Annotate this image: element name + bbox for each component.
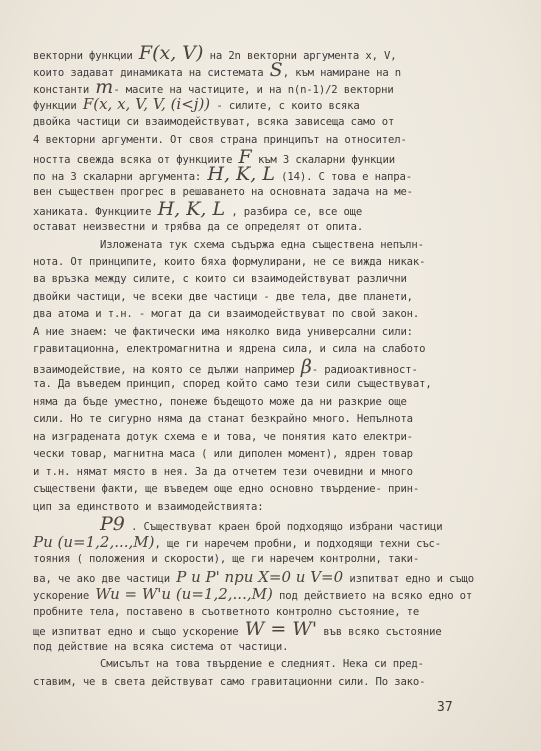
line-text: ускорение [33,590,95,602]
text-line: ускорение Wu = W'u (u=1,2,...,M) под дей… [33,588,472,602]
line-text: , разбира се, все още [225,206,362,218]
line-text: та. Да въведем принцип, според който сам… [33,378,432,390]
line-text: , към намиране на n [283,67,401,79]
line-text: двойка частици си взаимодействуват, всяк… [33,116,394,128]
text-line: двойка частици си взаимодействуват, всяк… [33,116,394,128]
line-text: нота. От принципите, които бяха формулир… [33,256,425,268]
text-line: чески товар, магнитна маса ( или диполен… [33,448,413,460]
text-line: съществени факти, ще въведем още едно ос… [33,483,419,495]
text-line: два атома и т.н. - могат да си взаимодей… [33,308,419,320]
line-text: на изградената дотук схема е и това, че … [33,431,413,443]
line-text: гравитационна, електромагнитна и ядрена … [33,343,425,355]
line-text: . Съществуват краен брой подходящо избра… [125,521,443,533]
line-text: под действие на всяка система от частици… [33,641,288,653]
text-line: които задават динамиката на системата S,… [33,64,401,79]
line-text: функции [33,100,83,112]
handwritten-formula: Wu = W'u (u=1,2,...,M) [95,585,273,603]
line-text: Изложената тук схема съдържа една същест… [100,239,424,251]
line-text: 4 векторни аргументи. От своя страна при… [33,134,407,146]
handwritten-formula: W = W' [245,618,317,640]
text-line: вен съществен прогрес в решаването на ос… [33,186,413,198]
text-line: А ние знаем: че фактически има няколко в… [33,326,413,338]
line-text: и т.н. нямат място в нея. За да отчетем … [33,466,413,478]
handwritten-formula: Pu (u=1,2,...,M) [33,533,155,551]
handwritten-formula: P9 [100,513,125,535]
line-text: които задават динамиката на системата [33,67,270,79]
handwritten-formula: F(x, x, V, V, (i<j)) [83,95,210,113]
line-text: пробните тела, поставено в съответното к… [33,606,419,618]
line-text: остават неизвестни и трябва да се опреде… [33,221,363,233]
line-text: Смисълът на това твърдение е следният. Н… [100,658,424,670]
line-text: ва връзка между силите, с които си взаим… [33,273,407,285]
handwritten-formula: S [270,59,283,81]
text-line: по на 3 скаларни аргумента: H, K, L (14)… [33,168,412,183]
line-text: съществени факти, ще въведем още едно ос… [33,483,419,495]
line-text: сили. Но те сигурно няма да станат безкр… [33,413,413,425]
line-text: ще изпитват едно и също ускорение [33,626,245,638]
line-text: ва, че ако две частици [33,573,176,585]
line-text: на 2n векторни аргумента x, V, [203,50,396,62]
line-text: - радиоактивност- [312,364,418,376]
line-text: А ние знаем: че фактически има няколко в… [33,326,413,338]
page-number: 37 [437,700,453,715]
text-line: гравитационна, електромагнитна и ядрена … [33,343,425,355]
line-text: цип за единството и взаимодействията: [33,501,263,513]
handwritten-formula: β [301,356,312,378]
line-text: във всяко състояние [317,626,442,638]
text-line: ва връзка между силите, с които си взаим… [33,273,407,285]
line-text: под действието на всяко едно от [273,590,472,602]
text-line: нота. От принципите, които бяха формулир… [33,256,425,268]
line-text: взаимодействие, на която се дължи наприм… [33,364,301,376]
text-line: ставим, че в света действуват само грави… [33,676,425,688]
text-line: двойки частици, че всеки две частици - д… [33,291,413,303]
text-line: P9 . Съществуват краен брой подходящо из… [100,518,443,533]
text-line: ще изпитват едно и също ускорение W = W'… [33,623,442,638]
text-line: под действие на всяка система от частици… [33,641,288,653]
text-line: ханиката. Функциите H, K, L , разбира се… [33,203,362,218]
text-line: цип за единството и взаимодействията: [33,501,263,513]
line-text: двойки частици, че всеки две частици - д… [33,291,413,303]
line-text: два атома и т.н. - могат да си взаимодей… [33,308,419,320]
line-text: изпитват едно и също [343,573,474,585]
text-line: тояния ( положения и скорости), ще ги на… [33,553,419,565]
line-text: вен съществен прогрес в решаването на ос… [33,186,413,198]
text-line: ва, че ако две частици P и P' при X=0 и … [33,571,474,585]
line-text: (14). С това е напра- [275,171,412,183]
line-text: по на 3 скаларни аргумента: [33,171,207,183]
line-text: тояния ( положения и скорости), ще ги на… [33,553,419,565]
text-line: функции F(x, x, V, V, (i<j)) - силите, с… [33,98,360,112]
text-line: Pu (u=1,2,...,M), ще ги наречем пробни, … [33,536,441,550]
line-text: векторни функции [33,50,139,62]
text-line: 4 векторни аргументи. От своя страна при… [33,134,407,146]
text-line: сили. Но те сигурно няма да станат безкр… [33,413,413,425]
scanned-page: векторни функции F(x, V) на 2n векторни … [0,0,541,751]
line-text: ханиката. Функциите [33,206,158,218]
line-text: - силите, с които всяка [210,100,359,112]
handwritten-formula: P и P' при X=0 и V=0 [176,568,343,586]
text-line: взаимодействие, на която се дължи наприм… [33,361,418,376]
line-text: чески товар, магнитна маса ( или диполен… [33,448,413,460]
text-line: пробните тела, поставено в съответното к… [33,606,419,618]
text-line: няма да бъде уместно, понеже бъдещото мо… [33,396,407,408]
handwritten-formula: F(x, V) [139,42,204,64]
handwritten-formula: H, K, L [158,198,226,220]
text-line: Изложената тук схема съдържа една същест… [100,239,424,251]
text-line: на изградената дотук схема е и това, че … [33,431,413,443]
text-line: и т.н. нямат място в нея. За да отчетем … [33,466,413,478]
line-text: , ще ги наречем пробни, и подходящи техн… [155,538,442,550]
text-line: Смисълът на това твърдение е следният. Н… [100,658,424,670]
text-line: та. Да въведем принцип, според който сам… [33,378,432,390]
line-text: няма да бъде уместно, понеже бъдещото мо… [33,396,407,408]
line-text: ставим, че в света действуват само грави… [33,676,425,688]
text-line: остават неизвестни и трябва да се опреде… [33,221,363,233]
text-line: векторни функции F(x, V) на 2n векторни … [33,47,397,62]
text-line: константи m- масите на частиците, и на n… [33,81,394,96]
handwritten-formula: H, K, L [207,163,275,185]
